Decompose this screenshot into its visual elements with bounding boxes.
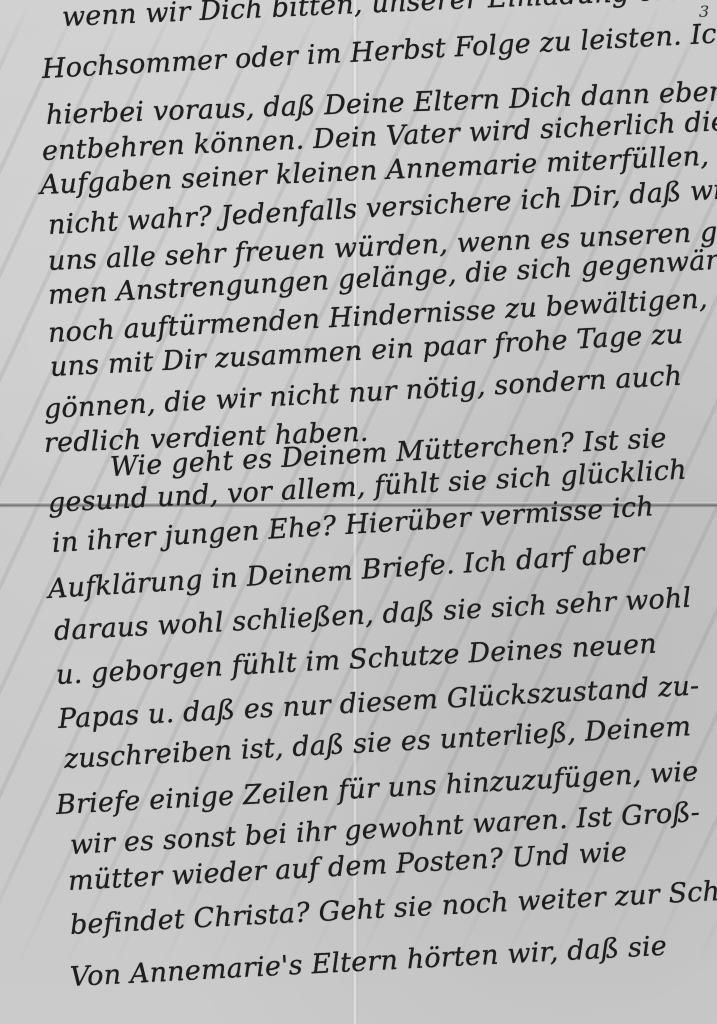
handwritten-line: Von Annemarie's Eltern hörten wir, daß s… — [69, 931, 668, 993]
letter-page: 3 wenn wir Dich bitten, unserer Einladun… — [0, 0, 717, 1024]
